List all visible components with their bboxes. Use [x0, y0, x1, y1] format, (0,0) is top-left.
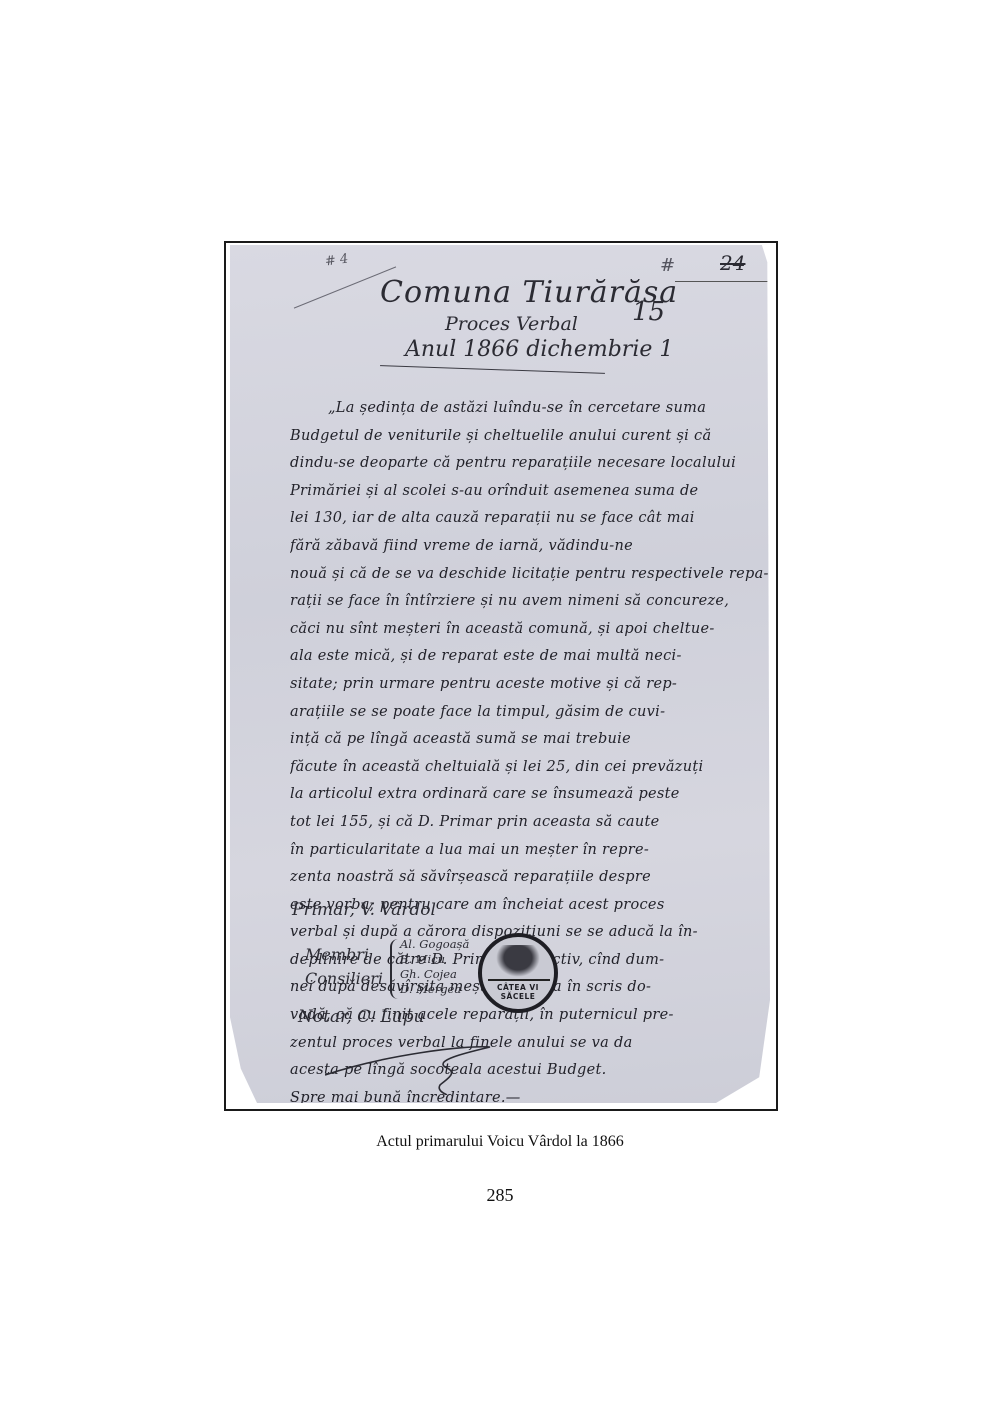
- manuscript-line: în particularitate a lua mai un meșter î…: [290, 837, 770, 865]
- manuscript-line: făcute în această cheltuială și lei 25, …: [290, 754, 770, 782]
- signature-notar: Notar, C. Lupu: [298, 1007, 424, 1027]
- manuscript-line: ință că pe lîngă această sumă se mai tre…: [290, 726, 770, 754]
- seal-text-line1: CÂTEA VI: [497, 983, 539, 992]
- official-seal: CÂTEA VI SĂCELE: [478, 933, 558, 1013]
- manuscript-heading-commune: Comuna Tiurărăsa: [380, 275, 678, 310]
- manuscript-line: la articolul extra ordinară care se însu…: [290, 781, 770, 809]
- manuscript-line: nouă și că de se va deschide licitație p…: [290, 561, 770, 589]
- manuscript-line: zenta noastră să săvîrșească reparațiile…: [290, 864, 770, 892]
- council-member: B. Micu: [400, 952, 469, 967]
- signature-council-label: Membri Consilieri: [305, 943, 390, 991]
- seal-divider: [488, 979, 550, 981]
- brace-mark: [390, 939, 400, 999]
- figure-caption: Actul primarului Voicu Vârdol la 1866: [0, 1133, 1000, 1151]
- heading-underline: [380, 365, 605, 374]
- manuscript-line: căci nu sînt meșteri în această comună, …: [290, 616, 770, 644]
- manuscript-line: „La ședința de astăzi luîndu-se în cerce…: [290, 395, 770, 423]
- council-member: D. Mergea: [400, 982, 469, 997]
- signature-flourish: [325, 1035, 495, 1095]
- seal-text-line2: SĂCELE: [501, 992, 536, 1001]
- manuscript-line: tot lei 155, și că D. Primar prin aceast…: [290, 809, 770, 837]
- book-page: # 4 # 24 15 Comuna Tiurărăsa Proces Verb…: [0, 0, 1000, 1415]
- manuscript-heading-date: Anul 1866 dichembrie 1: [405, 337, 673, 362]
- signature-primar: Primar, V. Vârdol: [292, 900, 436, 920]
- page-number: 285: [0, 1185, 1000, 1206]
- figure-frame: # 4 # 24 15 Comuna Tiurărăsa Proces Verb…: [224, 241, 778, 1111]
- signature-council-members: Al. Gogoașă B. Micu Gh. Cojea D. Mergea: [400, 937, 469, 997]
- manuscript-line: dindu-se deoparte că pentru reparațiile …: [290, 450, 770, 478]
- manuscript-line: fără zăbavă fiind vreme de iarnă, vădind…: [290, 533, 770, 561]
- manuscript-line: rații se face în întîrziere și nu avem n…: [290, 588, 770, 616]
- manuscript-line: Budgetul de veniturile și cheltuelile an…: [290, 423, 770, 451]
- manuscript-line: Primăriei și al scolei s-au orînduit ase…: [290, 478, 770, 506]
- council-member: Al. Gogoașă: [400, 937, 469, 952]
- archive-mark: # 4: [324, 251, 349, 269]
- folio-mark-struck: 24: [720, 251, 745, 275]
- folio-underline: [675, 281, 778, 282]
- manuscript-line: sitate; prin urmare pentru aceste motive…: [290, 671, 770, 699]
- manuscript-scan: # 4 # 24 15 Comuna Tiurărăsa Proces Verb…: [230, 245, 770, 1103]
- manuscript-line: lei 130, iar de alta cauză reparații nu …: [290, 505, 770, 533]
- folio-mark-hash: #: [660, 255, 675, 276]
- manuscript-line: arațiile se se poate face la timpul, găs…: [290, 699, 770, 727]
- seal-emblem-icon: [496, 945, 540, 977]
- council-member: Gh. Cojea: [400, 967, 469, 982]
- manuscript-heading-doc-type: Proces Verbal: [445, 313, 578, 335]
- manuscript-line: ala este mică, și de reparat este de mai…: [290, 643, 770, 671]
